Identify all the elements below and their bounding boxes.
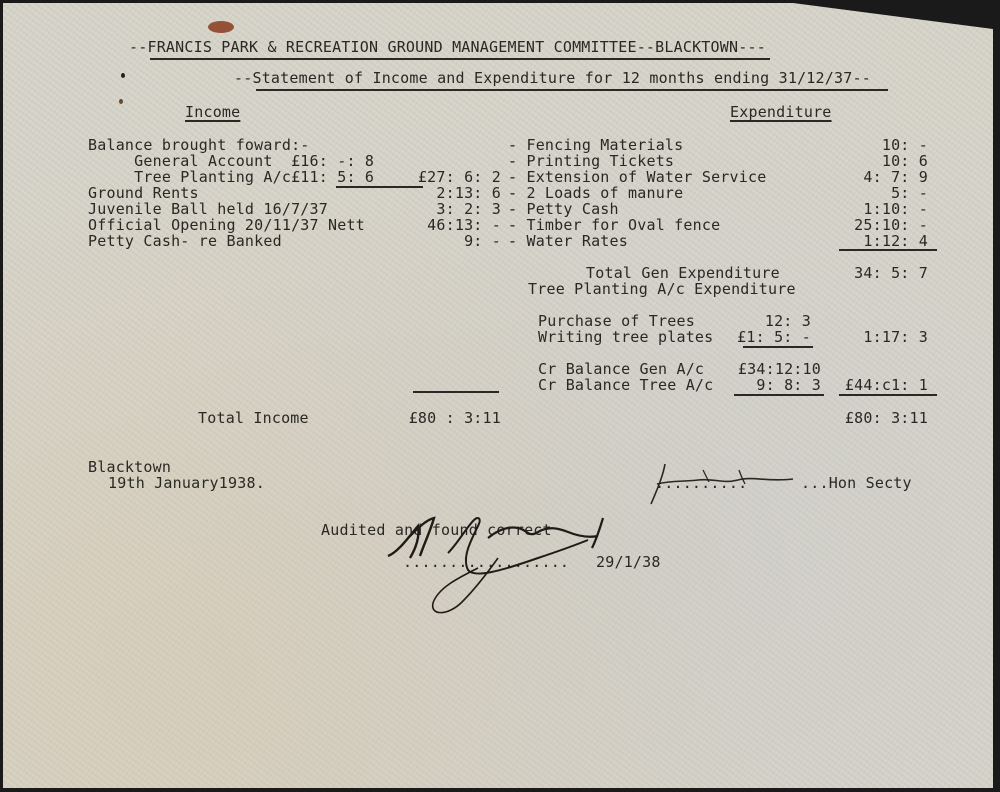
expenditure-amount: 10: - xyxy=(793,137,928,153)
expenditure-label: - Water Rates xyxy=(508,233,628,249)
expenditure-heading: Expenditure xyxy=(730,104,832,120)
punch-mark xyxy=(119,99,123,104)
balance-total: £44:c1: 1 xyxy=(793,377,928,393)
subtitle-underline xyxy=(256,89,888,91)
expenditure-label: - Extension of Water Service xyxy=(508,169,766,185)
total-income-amount: £80 : 3:11 xyxy=(373,410,501,426)
document-title: --FRANCIS PARK & RECREATION GROUND MANAG… xyxy=(129,39,766,55)
punch-mark xyxy=(121,73,125,78)
total-gen-expenditure-label: Total Gen Expenditure xyxy=(586,265,780,281)
expenditure-amount: 5: - xyxy=(793,185,928,201)
income-label: Tree Planting A/c£11: 5: 6 xyxy=(88,169,374,185)
balance-label: Cr Balance Tree A/c xyxy=(538,377,713,393)
income-label: Balance brought foward:- xyxy=(88,137,310,153)
income-label: Ground Rents xyxy=(88,185,199,201)
total-gen-expenditure-amount: 34: 5: 7 xyxy=(793,265,928,281)
expenditure-amount: 4: 7: 9 xyxy=(793,169,928,185)
income-label: Juvenile Ball held 16/7/37 xyxy=(88,201,328,217)
expenditure-label: - Fencing Materials xyxy=(508,137,683,153)
income-heading: Income xyxy=(185,104,240,120)
ink-stain xyxy=(208,21,234,33)
tree-expense-label: Purchase of Trees xyxy=(538,313,695,329)
income-amount: 9: - xyxy=(393,233,501,249)
secretary-signature-icon xyxy=(643,458,823,508)
expenditure-subtotal-rule xyxy=(839,249,937,251)
income-label: General Account £16: -: 8 xyxy=(88,153,374,169)
balance-label: Cr Balance Gen A/c xyxy=(538,361,704,377)
expenditure-amount: 25:10: - xyxy=(793,217,928,233)
tree-planting-heading: Tree Planting A/c Expenditure xyxy=(528,281,796,297)
auditor-signature-icon xyxy=(378,508,658,618)
income-label: Official Opening 20/11/37 Nett xyxy=(88,217,365,233)
title-underline xyxy=(150,58,770,60)
income-total-rule xyxy=(413,391,499,393)
document-subtitle: --Statement of Income and Expenditure fo… xyxy=(234,70,871,86)
income-label: Petty Cash- re Banked xyxy=(88,233,282,249)
date: 19th January1938. xyxy=(108,475,265,491)
income-amount: 46:13: - xyxy=(393,217,501,233)
income-amount: 2:13: 6 xyxy=(393,185,501,201)
balance-sub: £34:12:10 xyxy=(693,361,821,377)
balance-underline xyxy=(734,394,824,396)
tree-expense-amount: 1:17: 3 xyxy=(793,329,928,345)
expenditure-grand-total: £80: 3:11 xyxy=(793,410,928,426)
page-corner xyxy=(793,3,993,29)
income-amount: 3: 2: 3 xyxy=(393,201,501,217)
tree-subtotal-underline xyxy=(743,346,813,348)
balance-total-rule xyxy=(839,394,937,396)
tree-expense-label: Writing tree plates xyxy=(538,329,713,345)
expenditure-amount: 1:10: - xyxy=(793,201,928,217)
income-amount: £27: 6: 2 xyxy=(393,169,501,185)
tree-expense-sub: 12: 3 xyxy=(693,313,811,329)
expenditure-amount: 1:12: 4 xyxy=(793,233,928,249)
place: Blacktown xyxy=(88,459,171,475)
expenditure-amount: 10: 6 xyxy=(793,153,928,169)
expenditure-label: - Printing Tickets xyxy=(508,153,674,169)
expenditure-label: - Timber for Oval fence xyxy=(508,217,720,233)
expenditure-label: - 2 Loads of manure xyxy=(508,185,683,201)
expenditure-label: - Petty Cash xyxy=(508,201,619,217)
total-income-label: Total Income xyxy=(198,410,309,426)
document-page: --FRANCIS PARK & RECREATION GROUND MANAG… xyxy=(3,3,993,788)
